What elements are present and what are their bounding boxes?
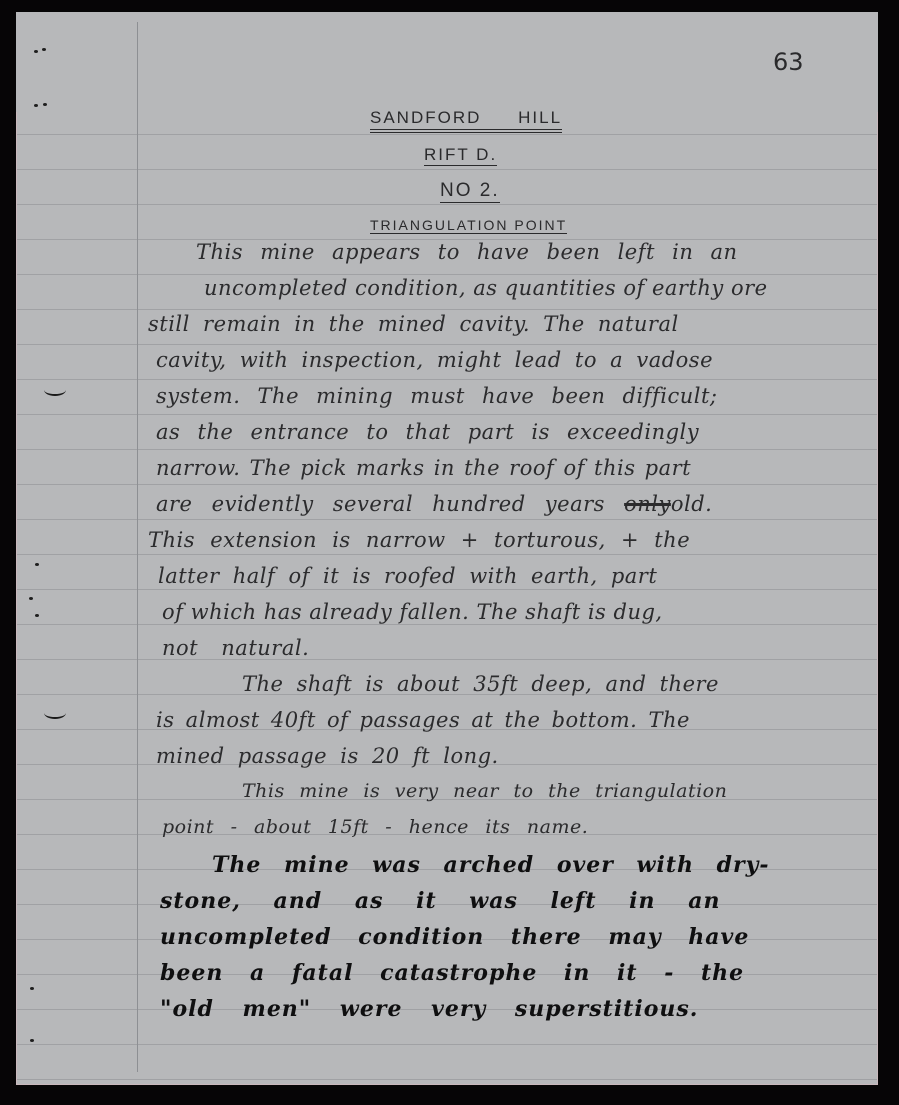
text-line: as the entrance to that part is exceedin…	[156, 420, 699, 444]
margin-rule	[137, 22, 138, 1072]
text-line: uncompleted condition there may have	[160, 924, 749, 950]
text-line: latter half of it is roofed with earth, …	[158, 564, 657, 588]
margin-mark	[42, 48, 46, 51]
text-line: narrow. The pick marks in the roof of th…	[156, 456, 691, 480]
margin-mark	[29, 597, 33, 600]
punch-hole-mark	[44, 384, 66, 396]
margin-mark	[35, 614, 39, 617]
margin-mark	[34, 104, 38, 107]
document-subtitle: RIFT D.	[424, 145, 497, 166]
text-line: "old men" were very superstitious.	[160, 996, 698, 1022]
text-line: is almost 40ft of passages at the bottom…	[156, 708, 690, 732]
margin-mark	[35, 563, 39, 566]
text-line: cavity, with inspection, might lead to a…	[156, 348, 713, 372]
text-line: The shaft is about 35ft deep, and there	[242, 672, 719, 696]
text-line: are evidently several hundred years only…	[156, 492, 712, 516]
margin-mark	[30, 987, 34, 990]
text-line: This mine appears to have been left in a…	[196, 240, 738, 264]
text-line: The mine was arched over with dry-	[212, 852, 770, 878]
text-line: mined passage is 20 ft long.	[156, 744, 499, 768]
section-heading: TRIANGULATION POINT	[370, 217, 567, 234]
margin-mark	[30, 1039, 34, 1042]
text-line: system. The mining must have been diffic…	[156, 384, 717, 408]
struck-word: only	[624, 492, 671, 516]
text-fragment: old.	[671, 492, 712, 516]
punch-hole-mark	[44, 707, 66, 719]
page-number: 63	[773, 48, 804, 76]
document-number: NO 2.	[440, 180, 500, 203]
text-line: not natural.	[162, 636, 309, 660]
text-line: still remain in the mined cavity. The na…	[148, 312, 679, 336]
text-line: of which has already fallen. The shaft i…	[162, 600, 663, 624]
notebook-page: 63 SANDFORD HILL RIFT D. NO 2. TRIANGULA…	[16, 12, 878, 1085]
text-line: uncompleted condition, as quantities of …	[204, 276, 768, 300]
text-line: This extension is narrow + torturous, + …	[148, 528, 690, 552]
text-line: been a fatal catastrophe in it - the	[160, 960, 744, 986]
text-line: stone, and as it was left in an	[160, 888, 720, 914]
text-fragment: are evidently several hundred years	[156, 492, 605, 516]
text-line: point - about 15ft - hence its name.	[162, 816, 588, 838]
margin-mark	[34, 50, 38, 53]
text-line: This mine is very near to the triangulat…	[242, 780, 727, 802]
margin-mark	[43, 103, 47, 106]
document-title: SANDFORD HILL	[370, 108, 562, 133]
